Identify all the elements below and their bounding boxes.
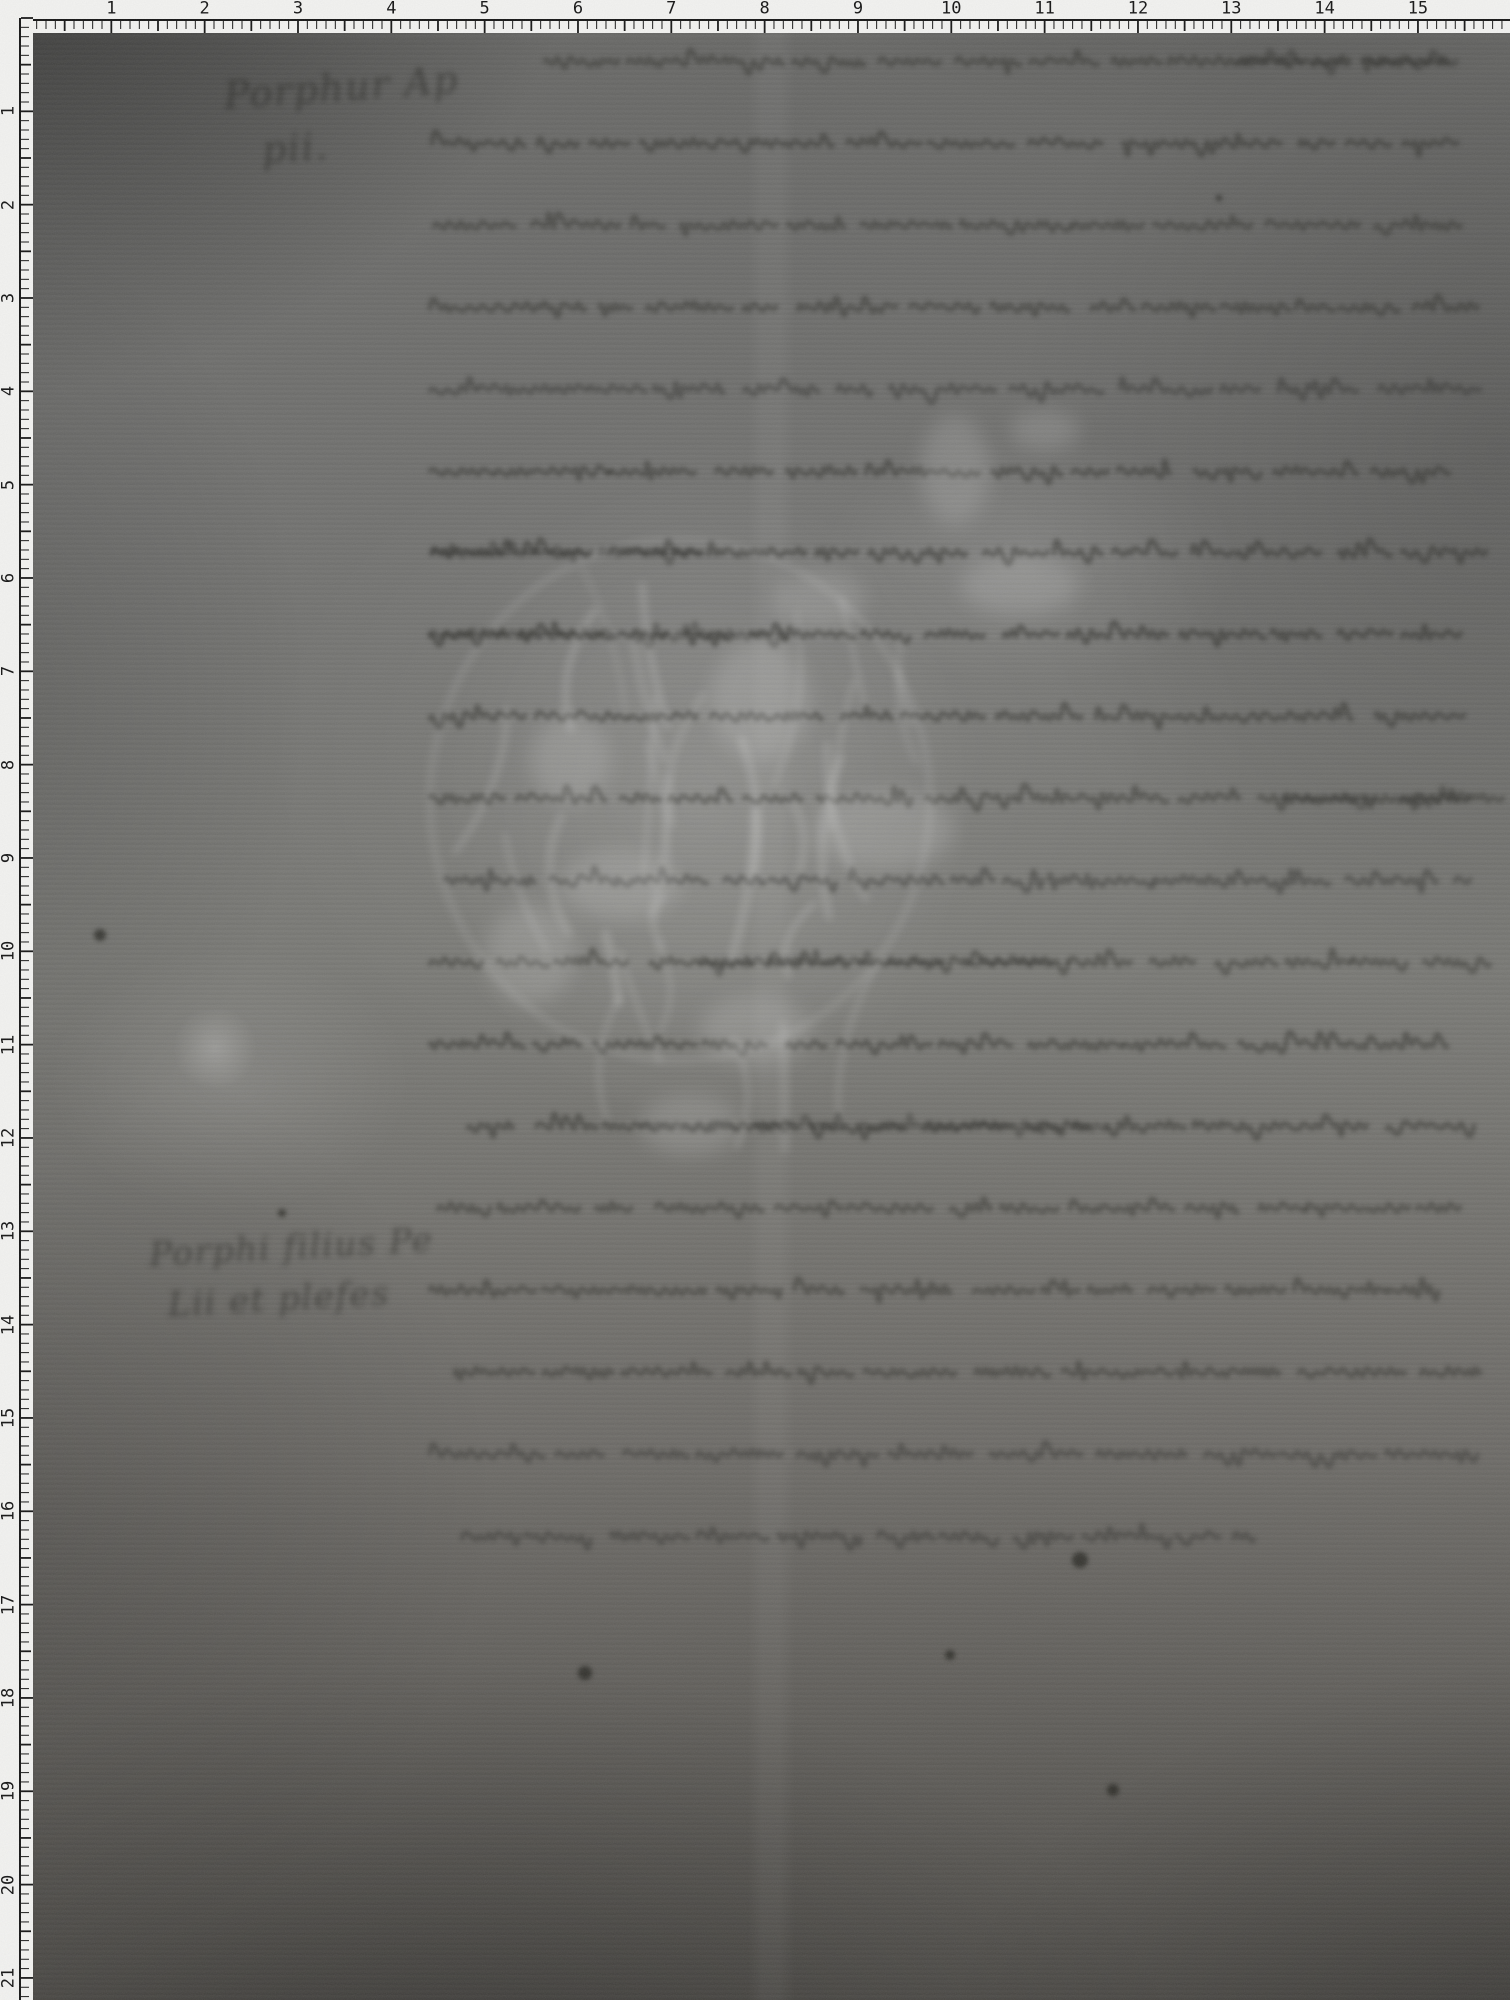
ruler-left-number-17: 17 bbox=[1, 1594, 18, 1614]
ruler-top-number-1: 1 bbox=[106, 1, 116, 18]
ruler-left-number-10: 10 bbox=[1, 941, 18, 961]
ruler-left-number-1: 1 bbox=[1, 106, 18, 116]
margin-note-lower: Porphi filius Pe Lii et plefes bbox=[148, 1215, 437, 1332]
ruler-top: 0123456789101112131415 bbox=[0, 0, 1510, 33]
ruler-left-number-12: 12 bbox=[1, 1128, 18, 1148]
ruler-top-number-6: 6 bbox=[573, 1, 583, 18]
ruler-left-number-16: 16 bbox=[1, 1501, 18, 1521]
handwriting-ink-layer bbox=[0, 0, 1510, 2000]
ruler-top-ticks bbox=[0, 0, 1510, 33]
ruler-left-number-8: 8 bbox=[1, 760, 18, 770]
handwriting-lines bbox=[430, 50, 1503, 1549]
ruler-top-number-10: 10 bbox=[941, 1, 961, 18]
ruler-left-number-4: 4 bbox=[1, 386, 18, 396]
ruler-top-number-7: 7 bbox=[666, 1, 676, 18]
ruler-top-number-2: 2 bbox=[200, 1, 210, 18]
ruler-top-number-14: 14 bbox=[1314, 1, 1334, 18]
ruler-left-number-11: 11 bbox=[1, 1034, 18, 1054]
ruler-left-number-6: 6 bbox=[1, 573, 18, 583]
ruler-top-number-9: 9 bbox=[853, 1, 863, 18]
ruler-left-number-19: 19 bbox=[1, 1781, 18, 1801]
ruler-left: 123456789101112131415161718192021 bbox=[0, 0, 33, 2000]
ruler-top-number-15: 15 bbox=[1408, 1, 1428, 18]
ruler-left-number-18: 18 bbox=[1, 1688, 18, 1708]
ruler-top-number-11: 11 bbox=[1034, 1, 1054, 18]
ruler-top-number-13: 13 bbox=[1221, 1, 1241, 18]
ruler-left-number-21: 21 bbox=[1, 1968, 18, 1988]
ruler-left-number-15: 15 bbox=[1, 1408, 18, 1428]
ruler-top-number-5: 5 bbox=[480, 1, 490, 18]
ruler-left-number-5: 5 bbox=[1, 480, 18, 490]
ruler-left-number-14: 14 bbox=[1, 1314, 18, 1334]
ruler-top-number-3: 3 bbox=[293, 1, 303, 18]
manuscript-photograph: Porphur Ap pii. Porphi filius Pe Lii et … bbox=[0, 0, 1510, 2000]
ruler-left-number-20: 20 bbox=[1, 1874, 18, 1894]
ruler-left-number-13: 13 bbox=[1, 1221, 18, 1241]
ruler-left-number-2: 2 bbox=[1, 200, 18, 210]
ruler-top-number-4: 4 bbox=[386, 1, 396, 18]
ruler-left-number-9: 9 bbox=[1, 853, 18, 863]
margin-note-upper: Porphur Ap pii. bbox=[222, 52, 465, 182]
ruler-left-number-3: 3 bbox=[1, 293, 18, 303]
ruler-top-number-12: 12 bbox=[1128, 1, 1148, 18]
ruler-top-number-8: 8 bbox=[760, 1, 770, 18]
ruler-left-number-7: 7 bbox=[1, 666, 18, 676]
